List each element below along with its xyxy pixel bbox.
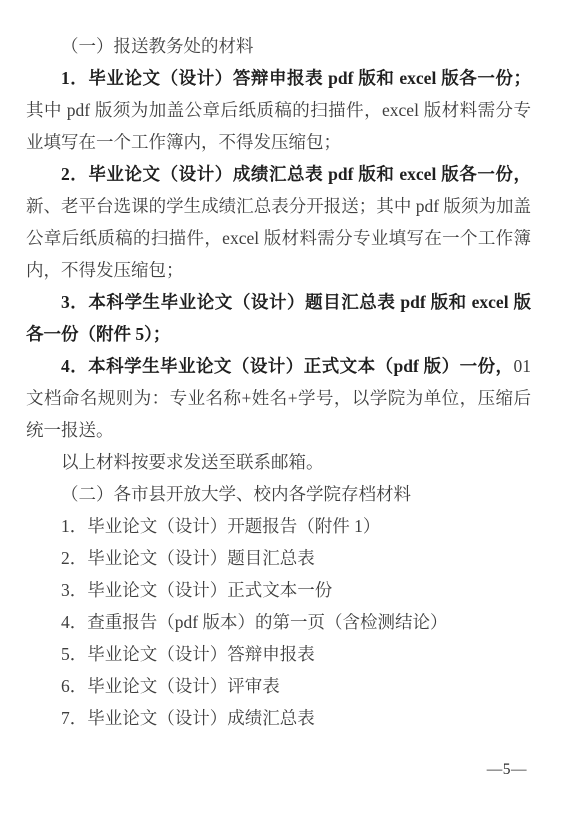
s1-item-2: 2．毕业论文（设计）成绩汇总表 pdf 版和 excel 版各一份，新、老平台选… [26,158,531,286]
section-2-heading: （二）各市县开放大学、校内各学院存档材料 [26,478,531,510]
s2-item-4: 4．查重报告（pdf 版本）的第一页（含检测结论） [26,606,531,638]
section-1-heading: （一）报送教务处的材料 [26,30,531,62]
text-run: 5．毕业论文（设计）答辩申报表 [61,644,315,664]
document-page: （一）报送教务处的材料 1．毕业论文（设计）答辩申报表 pdf 版和 excel… [0,0,563,816]
text-run: 其中 pdf 版须为加盖公章后纸质稿的扫描件，excel 版材料需分专业填写在一… [26,100,531,152]
text-run: 7．毕业论文（设计）成绩汇总表 [61,708,315,728]
text-run-bold: 1．毕业论文（设计）答辩申报表 pdf 版和 excel 版各一份； [61,68,531,88]
text-run: 3．毕业论文（设计）正式文本一份 [61,580,332,600]
s1-item-3: 3．本科学生毕业论文（设计）题目汇总表 pdf 版和 excel 版各一份（附件… [26,286,531,350]
s2-item-3: 3．毕业论文（设计）正式文本一份 [26,574,531,606]
document-body: （一）报送教务处的材料 1．毕业论文（设计）答辩申报表 pdf 版和 excel… [26,30,531,734]
text-run: 4．查重报告（pdf 版本）的第一页（含检测结论） [61,612,447,632]
s2-item-5: 5．毕业论文（设计）答辩申报表 [26,638,531,670]
s2-item-6: 6．毕业论文（设计）评审表 [26,670,531,702]
text-run: 1．毕业论文（设计）开题报告（附件 1） [61,516,380,536]
s2-item-1: 1．毕业论文（设计）开题报告（附件 1） [26,510,531,542]
s1-item-4: 4．本科学生毕业论文（设计）正式文本（pdf 版）一份，01 文档命名规则为：专… [26,350,531,446]
text-run: 6．毕业论文（设计）评审表 [61,676,280,696]
text-run-bold: 2．毕业论文（设计）成绩汇总表 pdf 版和 excel 版各一份， [61,164,531,184]
note-send-to-email: 以上材料按要求发送至联系邮箱。 [26,446,531,478]
s2-item-2: 2．毕业论文（设计）题目汇总表 [26,542,531,574]
text-run: 新、老平台选课的学生成绩汇总表分开报送；其中 pdf 版须为加盖公章后纸质稿的扫… [26,196,531,280]
s1-item-1: 1．毕业论文（设计）答辩申报表 pdf 版和 excel 版各一份；其中 pdf… [26,62,531,158]
text-run: 以上材料按要求发送至联系邮箱。 [61,452,324,472]
text-run: 2．毕业论文（设计）题目汇总表 [61,548,315,568]
text-run: （一）报送教务处的材料 [61,36,254,56]
s2-item-7: 7．毕业论文（设计）成绩汇总表 [26,702,531,734]
text-run: （二）各市县开放大学、校内各学院存档材料 [61,484,411,504]
text-run-bold: 3．本科学生毕业论文（设计）题目汇总表 pdf 版和 excel 版各一份（附件… [26,292,531,344]
page-number: —5— [487,761,527,779]
text-run-bold: 4．本科学生毕业论文（设计）正式文本（pdf 版）一份， [61,356,514,376]
